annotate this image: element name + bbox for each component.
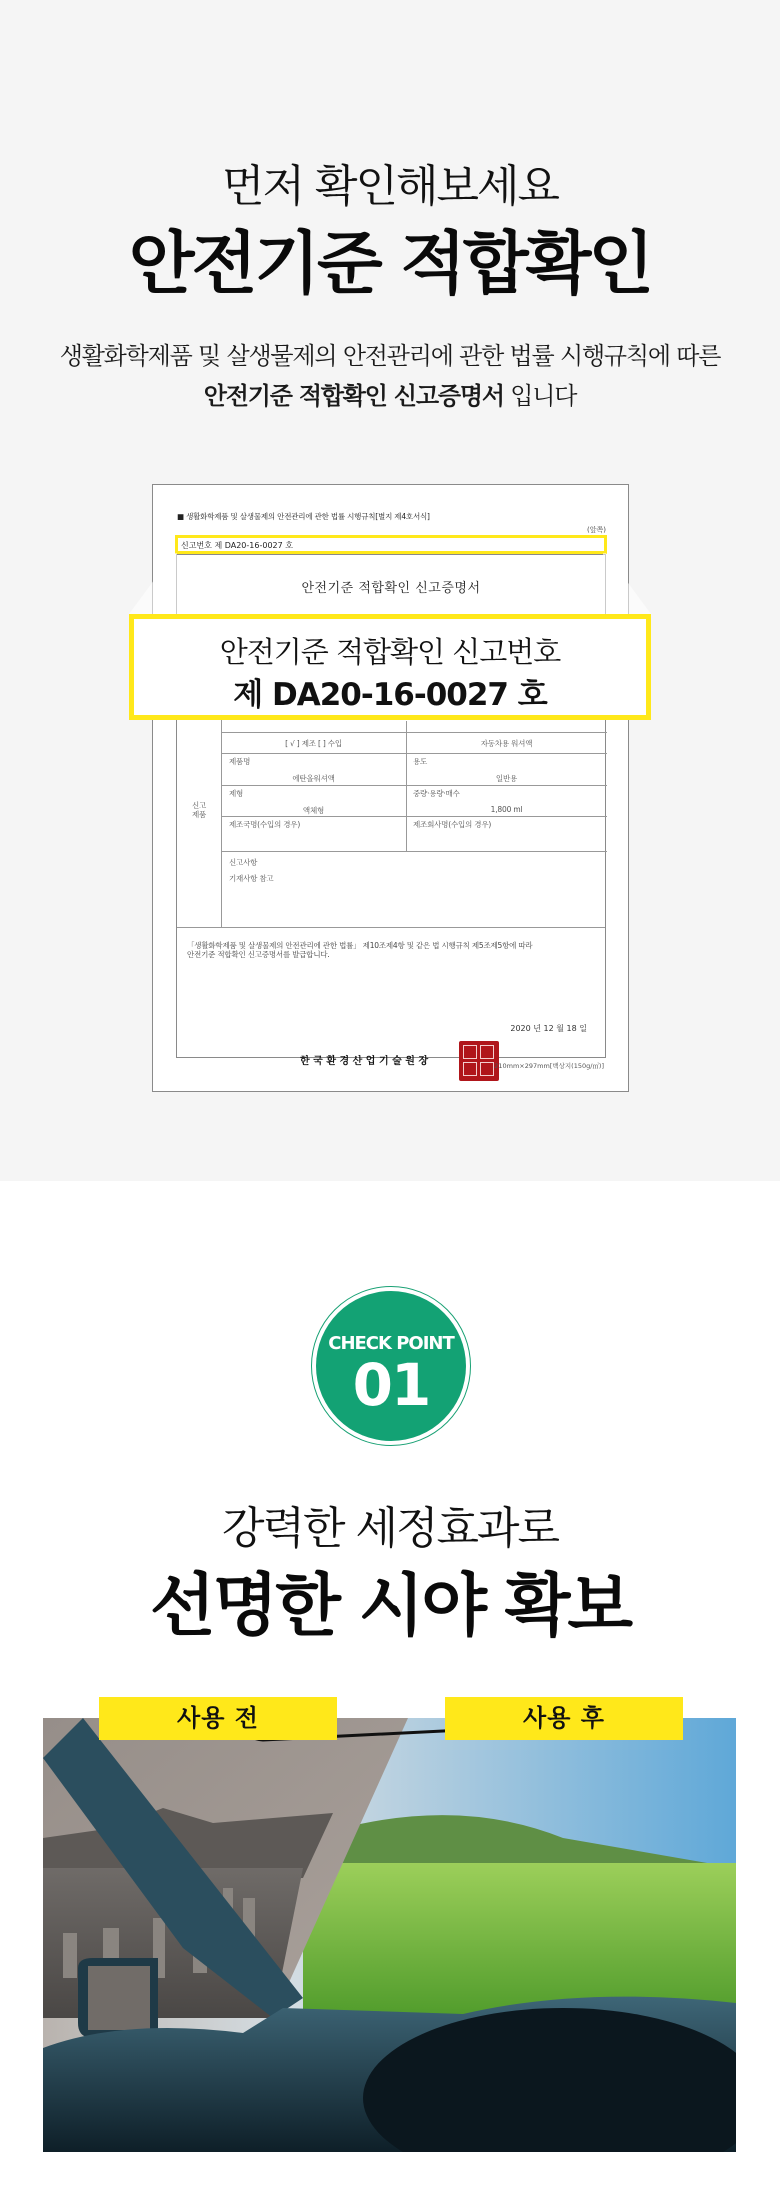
before-after-windshield-image (43, 1718, 736, 2152)
issuer-name: 한국환경산업기술원장 (300, 1052, 432, 1067)
issuance-statement: 「생활화학제품 및 살생물제의 안전관리에 관한 법률」 제10조제4항 및 같… (187, 941, 532, 959)
description-rest: 입니다 (504, 382, 576, 410)
safety-standard-section: 먼저 확인해보세요 안전기준 적합확인 생활화학제품 및 살생물제의 안전관리에… (0, 0, 780, 1181)
certificate-document: ■ 생활화학제품 및 살생물제의 안전관리에 관한 법률 시행규칙[별지 제4호… (152, 484, 629, 1092)
statement-line1: 「생활화학제품 및 살생물제의 안전관리에 관한 법률」 제10조제4항 및 같… (187, 941, 532, 950)
callout-line2: 제 DA20-16-0027 호 (134, 669, 646, 714)
form-number: ■ 생활화학제품 및 살생물제의 안전관리에 관한 법률 시행규칙[별지 제4호… (177, 511, 430, 522)
section1-subtitle: 먼저 확인해보세요 (0, 150, 780, 214)
usage-value: 일반용 (406, 773, 607, 784)
form-value: 액체형 (221, 805, 406, 816)
usage-label: 용도 (413, 756, 427, 767)
badge-number: 01 (316, 1351, 466, 1419)
reported-product-label: 신고 제품 (187, 801, 211, 819)
issue-date: 2020 년 12 월 18 일 (510, 1023, 587, 1034)
manufacture-import-value: [ √ ] 제조 [ ] 수입 (221, 738, 406, 749)
volume-value: 1,800 ml (406, 805, 607, 814)
description-line1: 생활화학제품 및 살생물제의 안전관리에 관한 법률 시행규칙에 따른 (0, 336, 780, 371)
product-name-value: 에탄올워셔액 (221, 773, 406, 784)
callout-line1: 안전기준 적합확인 신고번호 (134, 630, 646, 671)
report-label: 신고사항 (229, 857, 257, 868)
after-label: 사용 후 (445, 1697, 683, 1740)
registration-callout: 안전기준 적합확인 신고번호 제 DA20-16-0027 호 (129, 614, 651, 720)
official-seal-icon (459, 1041, 499, 1081)
product-category-value: 자동차용 워셔액 (406, 738, 607, 749)
manufacturer-label: 제조회사명(수입의 경우) (413, 819, 491, 830)
certificate-title: 안전기준 적합확인 신고증명서 (177, 577, 605, 596)
before-label: 사용 전 (99, 1697, 337, 1740)
volume-label: 중량·용량·매수 (413, 788, 460, 799)
section2-title: 선명한 시야 확보 (0, 1552, 780, 1649)
product-name-label: 제품명 (229, 756, 250, 767)
report-value: 기재사항 참고 (229, 873, 273, 884)
country-label: 제조국명(수입의 경우) (229, 819, 300, 830)
description-bold: 안전기준 적합확인 신고증명서 (204, 382, 504, 410)
form-label: 제형 (229, 788, 243, 799)
paper-size-note: 210mm×297mm[백상지(150g/㎡)] (494, 1061, 604, 1070)
front-side-label: (앞쪽) (587, 525, 606, 535)
check-point-badge: CHECK POINT 01 (311, 1286, 471, 1446)
description-line2: 안전기준 적합확인 신고증명서 입니다 (0, 376, 780, 411)
section1-title: 안전기준 적합확인 (0, 210, 780, 307)
section2-subtitle: 강력한 세정효과로 (0, 1492, 780, 1556)
registration-number-highlight: 신고번호 제 DA20-16-0027 호 (175, 535, 607, 554)
statement-line2: 안전기준 적합확인 신고증명서를 발급합니다. (187, 950, 532, 959)
